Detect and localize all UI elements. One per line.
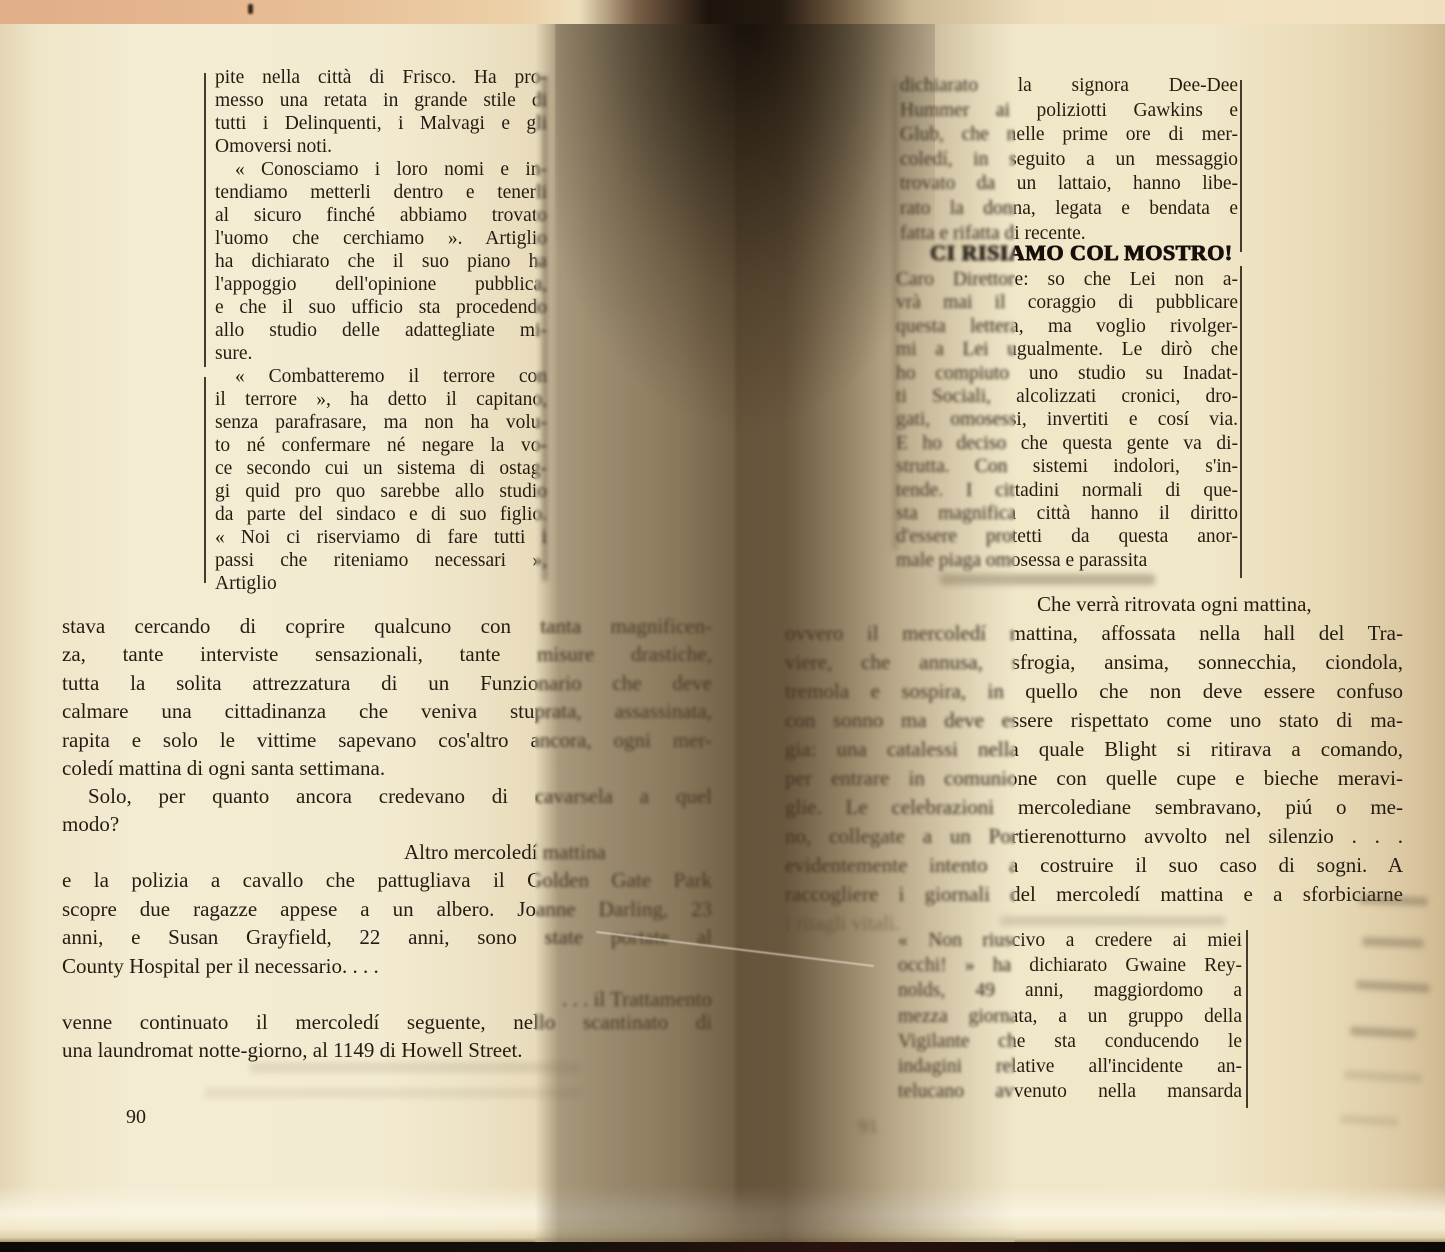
right-body-text: Che verrà ritrovata ogni mattina,ovvero … [785,590,1403,938]
text-line: messo una retata in grande stile di [215,89,547,112]
text-line: mezza giornata, a un gruppo della [898,1004,1242,1029]
text-line: « Conosciamo i loro nomi e in- [215,158,547,181]
text-line: Altro mercoledí mattina [62,838,712,866]
bottom-page-edge [0,1186,1445,1242]
text-line: il terrore », ha detto il capitano, [215,388,547,411]
text-line: tutti i Delinquenti, i Malvagi e gli [215,112,547,135]
text-line: rato la donna, legata e bendata e [900,197,1238,222]
text-line: e che il suo ufficio sta procedendo [215,296,547,319]
text-line: senza parafrasare, ma non ha volu- [215,411,547,434]
text-line: da parte del sindaco e di suo figlio. [215,503,547,526]
text-line: ovvero il mercoledí mattina, affossata n… [785,619,1403,648]
text-line: trovato da un lattaio, hanno libe- [900,172,1238,197]
text-line: nolds, 49 anni, maggiordomo a [898,978,1242,1003]
text-line: viere, che annusa, sfrogia, ansima, sonn… [785,648,1403,677]
text-line: Hummer ai poliziotti Gawkins e [900,99,1238,124]
column-rule-left-top [204,73,206,367]
text-line: evidentemente intento a costruire il suo… [785,851,1403,880]
column-rule-left-bottom [204,377,206,583]
text-line: rapita e solo le vittime sapevano cos'al… [62,726,712,754]
text-line: gati, omosessi, invertiti e cosí via. [896,408,1238,431]
text-line: ti Sociali, alcolizzati cronici, dro- [896,385,1238,408]
text-line: za, tante interviste sensazionali, tante… [62,640,712,668]
text-line: questa lettera, ma voglio rivolger- [896,315,1238,338]
text-line: telucano avvenuto nella mansarda [898,1079,1242,1104]
text-line: to né confermare né negare la vo- [215,434,547,457]
text-line: Glub, che nelle prime ore di mer- [900,123,1238,148]
column-rule-right-2 [1240,266,1242,578]
right-newspaper-column-1: dichiarato la signora Dee-DeeHummer ai p… [900,74,1238,246]
text-line: pite nella città di Frisco. Ha pro- [215,66,547,89]
table-background [0,1242,1445,1252]
text-line: d'essere protetti da questa anor- [896,525,1238,548]
right-newspaper-column-3: « Non riuscivo a credere ai mieiocchi! »… [898,928,1242,1104]
text-line: calmare una cittadinanza che veniva stup… [62,697,712,725]
text-line: con sonno ma deve essere rispettato come… [785,706,1403,735]
text-line: venne continuato il mercoledí seguente, … [62,1008,712,1036]
text-line: gi quid pro quo sarebbe allo studio [215,480,547,503]
text-line: strutta. Con sistemi indolori, s'in- [896,455,1238,478]
paragraph: venne continuato il mercoledí seguente, … [62,1008,712,1065]
text-line: e la polizia a cavallo che pattugliava i… [62,866,712,894]
text-line: tendiamo metterli dentro e tenerli [215,181,547,204]
text-line: coledí mattina di ogni santa settimana. [62,754,712,782]
text-line: glie. Le celebrazioni mercolediane sembr… [785,793,1403,822]
text-line: County Hospital per il necessario. . . . [62,952,712,980]
text-line: « Combatteremo il terrore con [215,365,547,388]
text-line: l'appoggio dell'opinione pubblica, [215,273,547,296]
top-page-edges [0,0,1445,24]
left-newspaper-column: pite nella città di Frisco. Ha pro-messo… [215,66,547,595]
page-number-left: 90 [126,1106,146,1129]
column-rule-right-3 [1246,930,1248,1108]
paragraph: stava cercando di coprire qualcuno con t… [62,612,712,782]
text-line: tutta la solita attrezzatura di un Funzi… [62,669,712,697]
text-line: per entrare in comunione con quelle cupe… [785,764,1403,793]
text-line: Omoversi noti. [215,135,547,158]
text-line: l'uomo che cerchiamo ». Artiglio [215,227,547,250]
text-line: sta magnifica città hanno il diritto [896,502,1238,525]
text-line: modo? [62,810,712,838]
text-line: mi a Lei ugualmente. Le dirò che [896,338,1238,361]
newspaper-headline: CI RISIAMO COL MOSTRO! [930,240,1233,266]
text-line: vrà mai il coraggio di pubblicare [896,291,1238,314]
text-line: Vigilante che sta conducendo le [898,1029,1242,1054]
text-line: passi che riteniamo necessari », [215,549,547,572]
paper-speck [248,4,253,14]
text-line: Artiglio [215,572,547,595]
text-line: no, collegate a un Portierenotturno avvo… [785,822,1403,851]
paragraph: Solo, per quanto ancora credevano di cav… [62,782,712,839]
right-newspaper-column-2: Caro Direttore: so che Lei non a-vrà mai… [896,268,1238,572]
book-photo: pite nella città di Frisco. Ha pro-messo… [0,0,1445,1252]
text-line: occhi! » ha dichiarato Gwaine Rey- [898,953,1242,978]
text-line: indagini relative all'incidente an- [898,1054,1242,1079]
text-line: Che verrà ritrovata ogni mattina, [785,590,1403,619]
text-line: « Noi ci riserviamo di fare tutti i [215,526,547,549]
text-line: al sicuro finché abbiamo trovato [215,204,547,227]
text-line: Caro Direttore: so che Lei non a- [896,268,1238,291]
text-line: tremola e sospira, in quello che non dev… [785,677,1403,706]
text-line: anni, e Susan Grayfield, 22 anni, sono s… [62,923,712,951]
text-line: coledí, in seguito a un messaggio [900,148,1238,173]
page-number-right: 91 [858,1116,879,1140]
text-line: raccogliere i giornali del mercoledí mat… [785,880,1403,909]
text-line: E ho deciso che questa gente va di- [896,432,1238,455]
paragraph: Altro mercoledí mattinae la polizia a ca… [62,838,712,980]
text-line: gia: una catalessi nella quale Blight si… [785,735,1403,764]
text-line: stava cercando di coprire qualcuno con t… [62,612,712,640]
text-line: una laundromat notte-giorno, al 1149 di … [62,1036,712,1064]
text-line: male piaga omosessa e parassita [896,549,1238,572]
text-line: scopre due ragazze appese a un albero. J… [62,895,712,923]
column-rule-right-1 [1240,80,1242,252]
text-line: ho compiuto uno studio su Inadat- [896,362,1238,385]
text-line: Solo, per quanto ancora credevano di cav… [62,782,712,810]
text-line: sure. [215,342,547,365]
text-line: ha dichiarato che il suo piano ha [215,250,547,273]
text-line: ce secondo cui un sistema di ostag- [215,457,547,480]
text-line: tende. I cittadini normali di que- [896,479,1238,502]
text-line: dichiarato la signora Dee-Dee [900,74,1238,99]
text-line: « Non riuscivo a credere ai miei [898,928,1242,953]
text-line: allo studio delle adattegliate mi- [215,319,547,342]
